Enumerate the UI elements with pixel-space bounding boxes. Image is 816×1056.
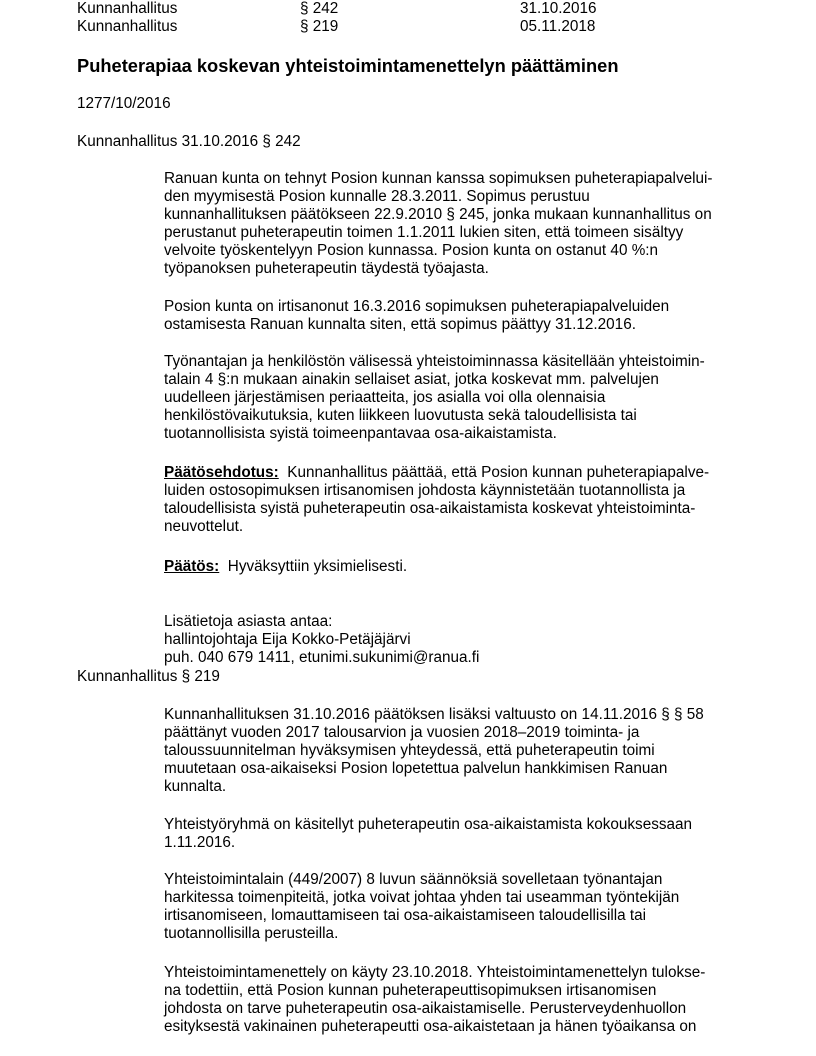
text-line: Ranuan kunta on tehnyt Posion kunnan kan… xyxy=(164,170,764,188)
text-line: uudelleen järjestämisen periaatteita, jo… xyxy=(164,389,764,407)
text-line: harkitessa toimenpiteitä, jotka voivat j… xyxy=(164,889,764,907)
text-line: tuotannollisilla perusteilla. xyxy=(164,925,764,943)
text-line: 1.11.2016. xyxy=(164,834,764,852)
decision-text: Hyväksyttiin yksimielisesti. xyxy=(228,558,407,575)
section1-paragraph-3: Työnantajan ja henkilöstön välisessä yht… xyxy=(164,353,764,443)
meeting-section: § 219 xyxy=(300,18,338,36)
contact-line: Lisätietoja asiasta antaa: xyxy=(164,613,764,631)
text-line: henkilöstövaikutuksia, kuten liikkeen lu… xyxy=(164,407,764,425)
text-line: den myymisestä Posion kunnalle 28.3.2011… xyxy=(164,188,764,206)
text-line: velvoite työskentelyyn Posion kunnassa. … xyxy=(164,242,764,260)
contact-info: Lisätietoja asiasta antaa: hallintojohta… xyxy=(164,613,764,667)
meeting-body: Kunnanhallitus xyxy=(77,18,177,36)
section1-paragraph-2: Posion kunta on irtisanonut 16.3.2016 so… xyxy=(164,298,764,334)
decision-label: Päätös: xyxy=(164,558,219,575)
text-line: luiden ostosopimuksen irtisanomisen johd… xyxy=(164,482,764,500)
meeting-date: 31.10.2016 xyxy=(520,0,597,18)
meeting-ref-row: Kunnanhallitus § 219 05.11.2018 xyxy=(77,18,777,36)
text-line: Päätös: Hyväksyttiin yksimielisesti. xyxy=(164,558,764,576)
text-line: irtisanomiseen, lomauttamiseen tai osa-a… xyxy=(164,907,764,925)
text-line: ostamisesta Ranuan kunnalta siten, että … xyxy=(164,316,764,334)
text-line: Kunnanhallituksen 31.10.2016 päätöksen l… xyxy=(164,706,764,724)
proposal-label: Päätösehdotus: xyxy=(164,464,279,481)
text-line: päättänyt vuoden 2017 talousarvion ja vu… xyxy=(164,724,764,742)
text-line: Päätösehdotus: Kunnanhallitus päättää, e… xyxy=(164,464,764,482)
section2-paragraph-3: Yhteistoimintalain (449/2007) 8 luvun sä… xyxy=(164,871,764,943)
text-line: taloussuunnitelman hyväksymisen yhteydes… xyxy=(164,742,764,760)
text-line: neuvottelut. xyxy=(164,518,764,536)
case-number: 1277/10/2016 xyxy=(77,95,171,113)
document-title: Puheterapiaa koskevan yhteistoimintamene… xyxy=(77,55,619,77)
text-line: kunnalta. xyxy=(164,778,764,796)
contact-line: hallintojohtaja Eija Kokko-Petäjäjärvi xyxy=(164,631,764,649)
decision: Päätös: Hyväksyttiin yksimielisesti. xyxy=(164,558,764,576)
section2-paragraph-4: Yhteistoimintamenettely on käyty 23.10.2… xyxy=(164,964,764,1036)
decision-proposal: Päätösehdotus: Kunnanhallitus päättää, e… xyxy=(164,464,764,536)
section2-paragraph-1: Kunnanhallituksen 31.10.2016 päätöksen l… xyxy=(164,706,764,796)
section1-heading: Kunnanhallitus 31.10.2016 § 242 xyxy=(77,133,301,151)
contact-line: puh. 040 679 1411, etunimi.sukunimi@ranu… xyxy=(164,649,764,667)
text-line: talain 4 §:n mukaan ainakin sellaiset as… xyxy=(164,371,764,389)
text-line: muutetaan osa-aikaiseksi Posion lopetett… xyxy=(164,760,764,778)
text-line: tuotannollisista syistä toimeenpantavaa … xyxy=(164,425,764,443)
meeting-date: 05.11.2018 xyxy=(520,18,595,36)
text-line: Yhteistyöryhmä on käsitellyt puheterapeu… xyxy=(164,816,764,834)
text-line: Yhteistoimintalain (449/2007) 8 luvun sä… xyxy=(164,871,764,889)
text-line: Posion kunta on irtisanonut 16.3.2016 so… xyxy=(164,298,764,316)
text-line: na todettiin, että Posion kunnan puheter… xyxy=(164,982,764,1000)
meeting-body: Kunnanhallitus xyxy=(77,0,177,18)
text-line: taloudellisista syistä puheterapeutin os… xyxy=(164,500,764,518)
section1-paragraph-1: Ranuan kunta on tehnyt Posion kunnan kan… xyxy=(164,170,764,278)
text-line: kunnanhallituksen päätökseen 22.9.2010 §… xyxy=(164,206,764,224)
text-line: Yhteistoimintamenettely on käyty 23.10.2… xyxy=(164,964,764,982)
text-line: Työnantajan ja henkilöstön välisessä yht… xyxy=(164,353,764,371)
text-line: johdosta on tarve puheterapeutin osa-aik… xyxy=(164,1000,764,1018)
text-line: perustanut puheterapeutin toimen 1.1.201… xyxy=(164,224,764,242)
meeting-section: § 242 xyxy=(300,0,338,18)
meeting-ref-row: Kunnanhallitus § 242 31.10.2016 xyxy=(77,0,777,18)
section2-paragraph-2: Yhteistyöryhmä on käsitellyt puheterapeu… xyxy=(164,816,764,852)
text-line: työpanoksen puheterapeutin täydestä työa… xyxy=(164,260,764,278)
text-line: esityksestä vakinainen puheterapeutti os… xyxy=(164,1018,764,1036)
section2-heading: Kunnanhallitus § 219 xyxy=(77,668,220,686)
proposal-text: Kunnanhallitus päättää, että Posion kunn… xyxy=(287,464,709,481)
